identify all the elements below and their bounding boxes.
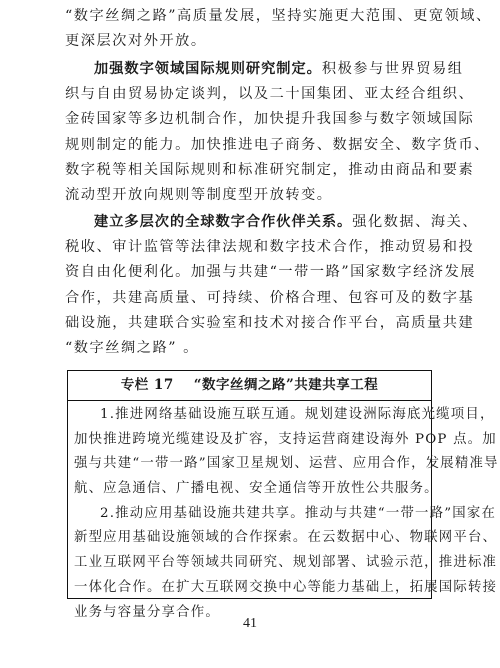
paragraph-international-rules: 加强数字领域国际规则研究制定。积极参与世界贸易组 织与自由贸易协定谈判，以及二十… bbox=[65, 57, 435, 208]
text-line: 建立多层次的全球数字合作伙伴关系。强化数据、海关、 bbox=[65, 210, 435, 235]
column-box-header: 专栏 17“数字丝绸之路”共建共享工程 bbox=[68, 371, 431, 401]
text-line: 资自由化便利化。加强与共建“一带一路”国家数字经济发展 bbox=[65, 260, 435, 285]
section-heading: 建立多层次的全球数字合作伙伴关系。 bbox=[94, 214, 352, 230]
text-line: “数字丝绸之路” 。 bbox=[65, 336, 435, 361]
text-line: 强与共建“一带一路”国家卫星规划、运营、应用合作，发展精准导 bbox=[74, 452, 425, 477]
text-line: 1.推进网络基础设施互联互通。规划建设洲际海底光缆项目， bbox=[74, 403, 425, 428]
column-title: “数字丝绸之路”共建共享工程 bbox=[194, 377, 379, 393]
paragraph-partnership: 建立多层次的全球数字合作伙伴关系。强化数据、海关、 税收、审计监管等法律法规和数… bbox=[65, 210, 435, 361]
page-number: 41 bbox=[0, 616, 500, 632]
continuation-paragraph: “数字丝绸之路”高质量发展，坚持实施更大范围、更宽领域、 更深层次对外开放。 bbox=[65, 4, 435, 54]
column-label: 专栏 17 bbox=[121, 377, 174, 393]
text-line: 新型应用基础设施领域的合作探索。在云数据中心、物联网平台、 bbox=[74, 526, 425, 551]
text-line: 2.推动应用基础设施共建共享。推动与共建“一带一路”国家在 bbox=[74, 502, 425, 527]
text-line: 一体化合作。在扩大互联网交换中心等能力基础上，拓展国际转接 bbox=[74, 576, 425, 601]
text-line: 数字税等相关国际规则和标准研究制定，推动由商品和要素 bbox=[65, 158, 435, 183]
text-line: 航、应急通信、广播电视、安全通信等开放性公共服务。 bbox=[74, 477, 425, 502]
column-box: 专栏 17“数字丝绸之路”共建共享工程 1.推进网络基础设施互联互通。规划建设洲… bbox=[67, 370, 432, 599]
document-page: “数字丝绸之路”高质量发展，坚持实施更大范围、更宽领域、 更深层次对外开放。 加… bbox=[0, 0, 500, 668]
text-line: 金砖国家等多边机制合作，加快提升我国参与数字领域国际 bbox=[65, 107, 435, 132]
text-line: 加强数字领域国际规则研究制定。积极参与世界贸易组 bbox=[65, 57, 435, 82]
text-line: 流动型开放向规则等制度型开放转变。 bbox=[65, 183, 435, 208]
column-box-body: 1.推进网络基础设施互联互通。规划建设洲际海底光缆项目， 加快推进跨境光缆建设及… bbox=[68, 401, 431, 625]
text-line: 础设施，共建联合实验室和技术对接合作平台，高质量共建 bbox=[65, 311, 435, 336]
text-line: 织与自由贸易协定谈判，以及二十国集团、亚太经合组织、 bbox=[65, 82, 435, 107]
text-run: 积极参与世界贸易组 bbox=[322, 61, 464, 77]
text-line: 合作，共建高质量、可持续、价格合理、包容可及的数字基 bbox=[65, 286, 435, 311]
text-run: 强化数据、海关、 bbox=[352, 214, 478, 230]
section-heading: 加强数字领域国际规则研究制定。 bbox=[94, 61, 322, 77]
text-line: 工业互联网平台等领域共同研究、规划部署、试验示范，推进标准 bbox=[74, 551, 425, 576]
text-line: 加快推进跨境光缆建设及扩容，支持运营商建设海外 POP 点。加 bbox=[74, 428, 425, 453]
text-line: 规则制定的能力。加快推进电子商务、数据安全、数字货币、 bbox=[65, 133, 435, 158]
text-line: 税收、审计监管等法律法规和数字技术合作，推动贸易和投 bbox=[65, 235, 435, 260]
text-line: “数字丝绸之路”高质量发展，坚持实施更大范围、更宽领域、 bbox=[65, 4, 435, 29]
text-line: 更深层次对外开放。 bbox=[65, 29, 435, 54]
